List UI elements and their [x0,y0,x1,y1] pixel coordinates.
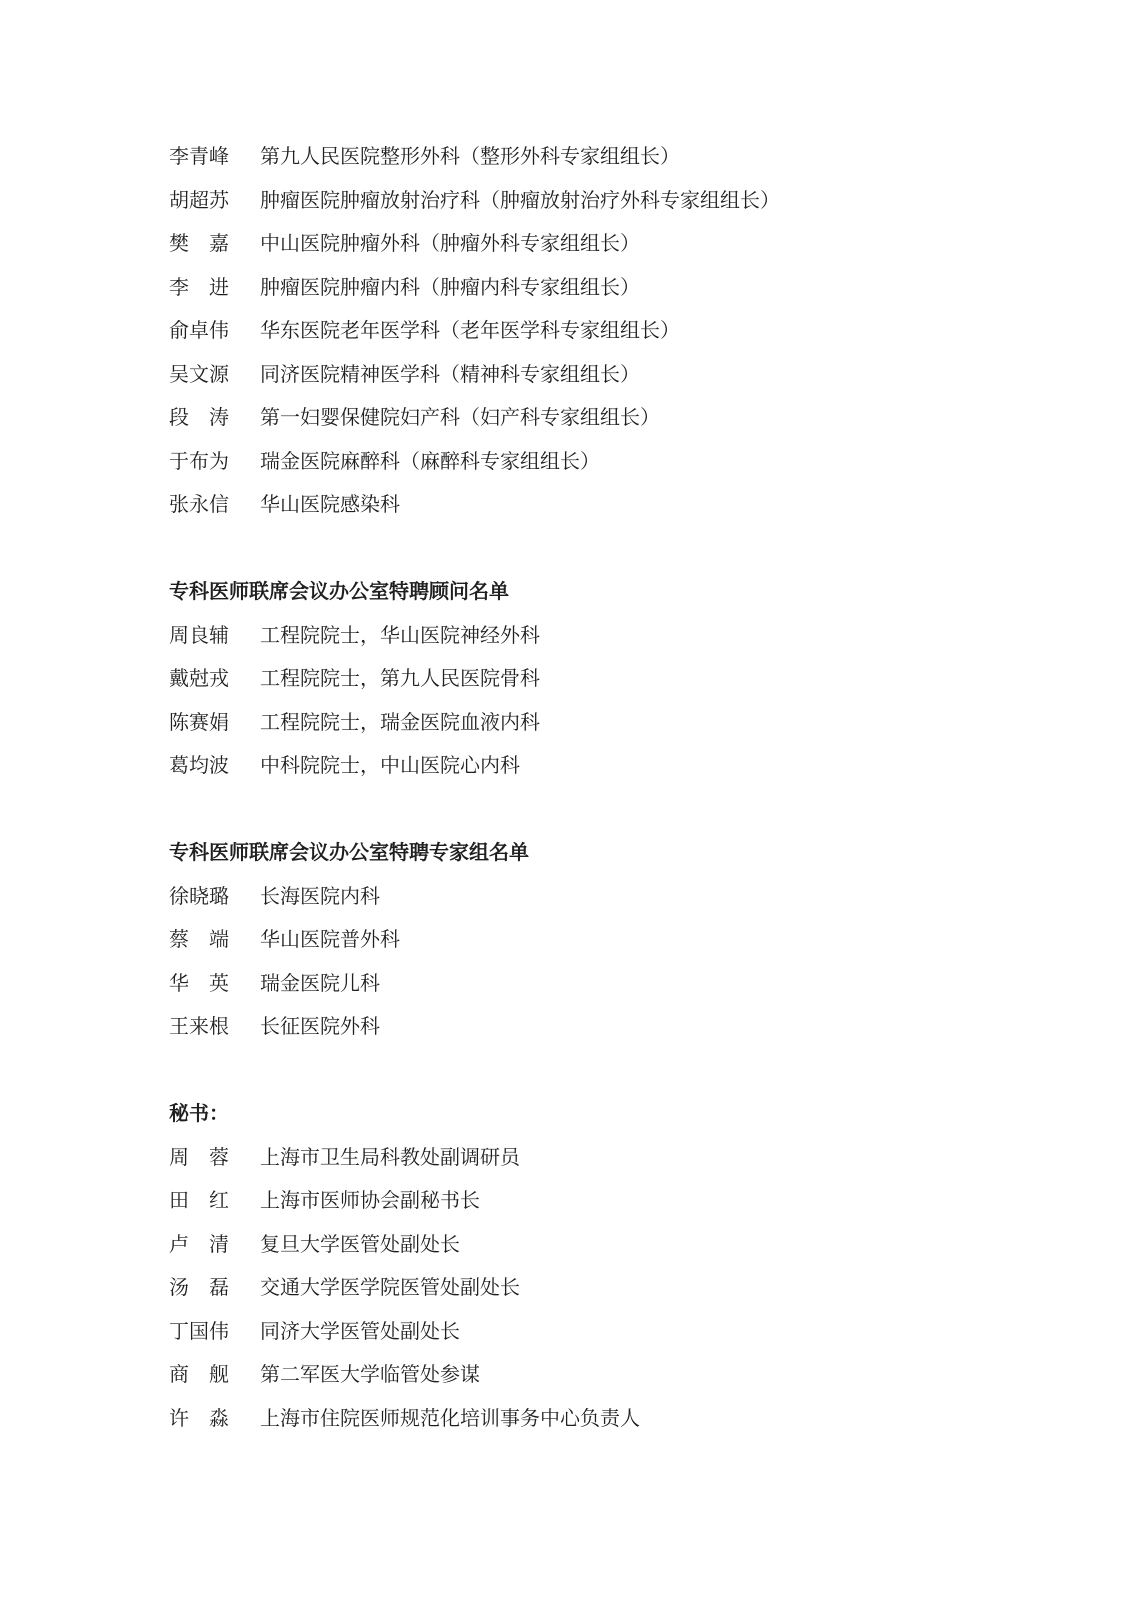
section-heading: 专科医师联席会议办公室特聘顾问名单 [169,571,1069,615]
person-name: 卢 清 [169,1224,260,1268]
person-affiliation: 同济医院精神医学科（精神科专家组组长） [260,354,640,398]
roster-row: 于布为 瑞金医院麻醉科（麻醉科专家组组长） [169,441,1069,485]
person-name: 李青峰 [169,136,260,180]
person-affiliation: 华山医院普外科 [260,919,400,963]
person-affiliation: 肿瘤医院肿瘤放射治疗科（肿瘤放射治疗外科专家组组长） [260,180,780,224]
section-gap [169,528,1069,572]
roster-row: 樊 嘉 中山医院肿瘤外科（肿瘤外科专家组组长） [169,223,1069,267]
person-name: 丁国伟 [169,1311,260,1355]
person-affiliation: 复旦大学医管处副处长 [260,1224,460,1268]
person-affiliation: 第二军医大学临管处参谋 [260,1354,480,1398]
person-name: 樊 嘉 [169,223,260,267]
roster-row: 许 淼 上海市住院医师规范化培训事务中心负责人 [169,1398,1069,1442]
roster-row: 张永信 华山医院感染科 [169,484,1069,528]
roster-row: 华 英 瑞金医院儿科 [169,963,1069,1007]
person-affiliation: 上海市卫生局科教处副调研员 [260,1137,520,1181]
person-name: 周良辅 [169,615,260,659]
person-name: 许 淼 [169,1398,260,1442]
roster-row: 俞卓伟 华东医院老年医学科（老年医学科专家组组长） [169,310,1069,354]
roster-row: 吴文源 同济医院精神医学科（精神科专家组组长） [169,354,1069,398]
person-name: 徐晓璐 [169,876,260,920]
person-affiliation: 工程院院士，瑞金医院血液内科 [260,702,540,746]
person-name: 王来根 [169,1006,260,1050]
person-name: 汤 磊 [169,1267,260,1311]
person-affiliation: 工程院院士，华山医院神经外科 [260,615,540,659]
person-affiliation: 同济大学医管处副处长 [260,1311,460,1355]
person-name: 俞卓伟 [169,310,260,354]
person-name: 葛均波 [169,745,260,789]
person-affiliation: 中科院院士，中山医院心内科 [260,745,520,789]
roster-row: 王来根 长征医院外科 [169,1006,1069,1050]
person-affiliation: 交通大学医学院医管处副处长 [260,1267,520,1311]
person-affiliation: 华山医院感染科 [260,484,400,528]
person-affiliation: 工程院院士，第九人民医院骨科 [260,658,540,702]
person-name: 张永信 [169,484,260,528]
person-affiliation: 第一妇婴保健院妇产科（妇产科专家组组长） [260,397,660,441]
roster-row: 蔡 端 华山医院普外科 [169,919,1069,963]
person-affiliation: 肿瘤医院肿瘤内科（肿瘤内科专家组组长） [260,267,640,311]
person-name: 周 蓉 [169,1137,260,1181]
person-name: 陈赛娟 [169,702,260,746]
roster-row: 田 红 上海市医师协会副秘书长 [169,1180,1069,1224]
roster-row: 李 进 肿瘤医院肿瘤内科（肿瘤内科专家组组长） [169,267,1069,311]
document-page: 李青峰 第九人民医院整形外科（整形外科专家组组长） 胡超苏 肿瘤医院肿瘤放射治疗… [0,0,1131,1600]
person-affiliation: 上海市住院医师规范化培训事务中心负责人 [260,1398,640,1442]
roster-row: 徐晓璐 长海医院内科 [169,876,1069,920]
roster-row: 胡超苏 肿瘤医院肿瘤放射治疗科（肿瘤放射治疗外科专家组组长） [169,180,1069,224]
roster-row: 段 涛 第一妇婴保健院妇产科（妇产科专家组组长） [169,397,1069,441]
person-name: 蔡 端 [169,919,260,963]
person-affiliation: 长海医院内科 [260,876,380,920]
person-affiliation: 中山医院肿瘤外科（肿瘤外科专家组组长） [260,223,640,267]
person-affiliation: 第九人民医院整形外科（整形外科专家组组长） [260,136,680,180]
roster-row: 周 蓉 上海市卫生局科教处副调研员 [169,1137,1069,1181]
roster-row: 汤 磊 交通大学医学院医管处副处长 [169,1267,1069,1311]
roster-row: 卢 清 复旦大学医管处副处长 [169,1224,1069,1268]
section-gap [169,789,1069,833]
roster-row: 周良辅 工程院院士，华山医院神经外科 [169,615,1069,659]
person-name: 吴文源 [169,354,260,398]
roster-row: 丁国伟 同济大学医管处副处长 [169,1311,1069,1355]
roster-row: 葛均波 中科院院士，中山医院心内科 [169,745,1069,789]
roster-content: 李青峰 第九人民医院整形外科（整形外科专家组组长） 胡超苏 肿瘤医院肿瘤放射治疗… [169,136,1069,1441]
person-name: 戴尅戎 [169,658,260,702]
person-affiliation: 上海市医师协会副秘书长 [260,1180,480,1224]
roster-row: 李青峰 第九人民医院整形外科（整形外科专家组组长） [169,136,1069,180]
roster-row: 陈赛娟 工程院院士，瑞金医院血液内科 [169,702,1069,746]
person-affiliation: 瑞金医院麻醉科（麻醉科专家组组长） [260,441,600,485]
person-affiliation: 长征医院外科 [260,1006,380,1050]
person-name: 李 进 [169,267,260,311]
person-affiliation: 华东医院老年医学科（老年医学科专家组组长） [260,310,680,354]
section-gap [169,1050,1069,1094]
section-heading: 专科医师联席会议办公室特聘专家组名单 [169,832,1069,876]
person-name: 田 红 [169,1180,260,1224]
roster-row: 商 舰 第二军医大学临管处参谋 [169,1354,1069,1398]
roster-row: 戴尅戎 工程院院士，第九人民医院骨科 [169,658,1069,702]
person-name: 于布为 [169,441,260,485]
person-name: 段 涛 [169,397,260,441]
person-name: 商 舰 [169,1354,260,1398]
person-affiliation: 瑞金医院儿科 [260,963,380,1007]
person-name: 华 英 [169,963,260,1007]
section-heading: 秘书： [169,1093,1069,1137]
person-name: 胡超苏 [169,180,260,224]
